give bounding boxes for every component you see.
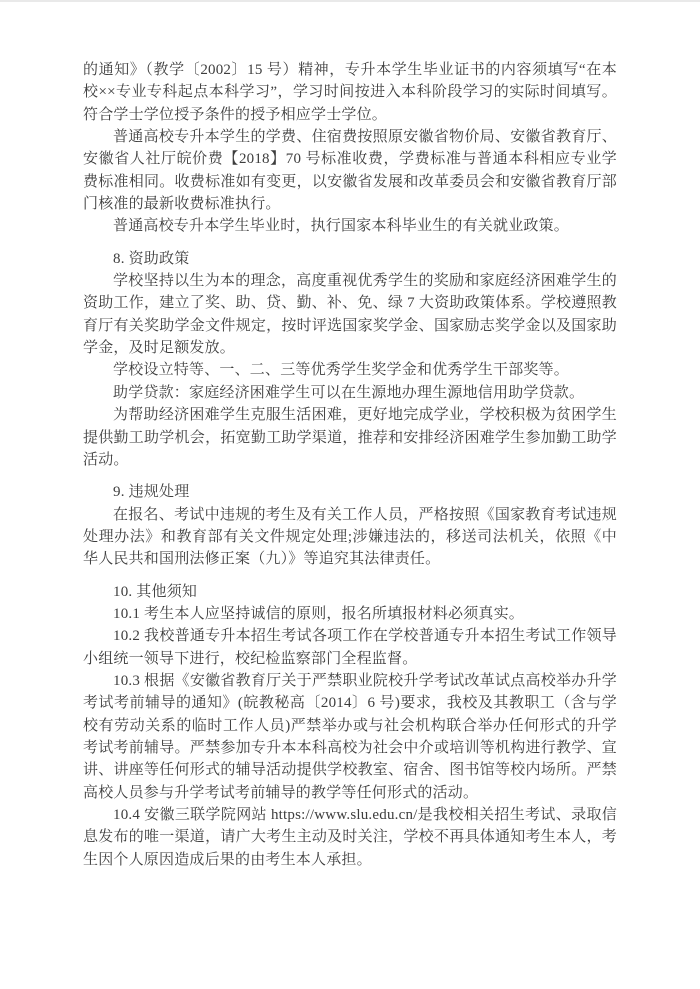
paragraph: 10.2 我校普通专升本招生考试各项工作在学校普通专升本招生考试工作领导小组统一… xyxy=(83,625,617,670)
section-heading: 10. 其他须知 xyxy=(83,581,617,603)
paragraph: 在报名、考试中违规的考生及有关工作人员，严格按照《国家教育考试违规处理办法》和教… xyxy=(83,504,617,571)
paragraph: 学校坚持以生为本的理念，高度重视优秀学生的奖励和家庭经济困难学生的资助工作，建立… xyxy=(83,270,617,359)
paragraph: 10.1 考生本人应坚持诚信的原则，报名所填报材料必须真实。 xyxy=(83,603,617,625)
paragraph: 10.4 安徽三联学院网站 https://www.slu.edu.cn/是我校… xyxy=(83,804,617,871)
paragraph: 的通知》（教学〔2002〕15 号）精神，专升本学生毕业证书的内容须填写“在本校… xyxy=(83,59,617,126)
document-page: 的通知》（教学〔2002〕15 号）精神，专升本学生毕业证书的内容须填写“在本校… xyxy=(0,0,700,989)
paragraph: 助学贷款：家庭经济困难学生可以在生源地办理生源地信用助学贷款。 xyxy=(83,382,617,404)
document-content: 的通知》（教学〔2002〕15 号）精神，专升本学生毕业证书的内容须填写“在本校… xyxy=(83,59,617,871)
section-heading: 8. 资助政策 xyxy=(83,248,617,270)
paragraph: 为帮助经济困难学生克服生活困难，更好地完成学业，学校积极为贫困学生提供勤工助学机… xyxy=(83,404,617,471)
section-heading: 9. 违规处理 xyxy=(83,481,617,503)
paragraph: 普通高校专升本学生的学费、住宿费按照原安徽省物价局、安徽省教育厅、安徽省人社厅皖… xyxy=(83,126,617,215)
paragraph: 10.3 根据《安徽省教育厅关于严禁职业院校升学考试改革试点高校举办升学考试考前… xyxy=(83,670,617,804)
paragraph: 普通高校专升本学生毕业时，执行国家本科毕业生的有关就业政策。 xyxy=(83,215,617,237)
paragraph: 学校设立特等、一、二、三等优秀学生奖学金和优秀学生干部奖等。 xyxy=(83,359,617,381)
